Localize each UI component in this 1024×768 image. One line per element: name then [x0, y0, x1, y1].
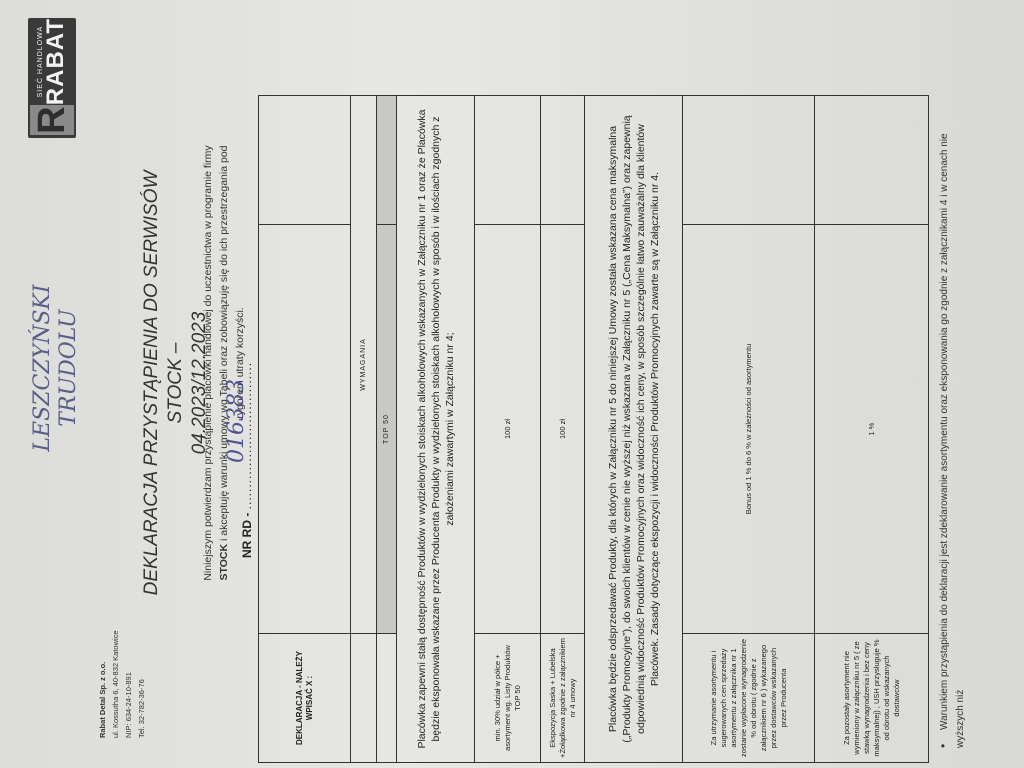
- nr-rd-value: 016383: [224, 379, 249, 463]
- nr-rd-label: NR RD -: [240, 509, 254, 558]
- rest-value: 1 %: [815, 225, 929, 634]
- bullet-icon: •: [935, 730, 951, 748]
- handwriting-line-1: LESZCZYŃSKI: [30, 248, 56, 488]
- bonus-check[interactable]: [683, 96, 815, 225]
- intro-text: Niniejszym potwierdzam przystąpienie pla…: [202, 145, 214, 580]
- title-line-1: DEKLARACJA PRZYSTĄPIENIA DO SERWISÓW STO…: [140, 148, 188, 618]
- company-name: Rabat Detal Sp. z o.o.: [96, 630, 109, 738]
- bonus-label: Za utrzymanie asortymentu i sugerowanych…: [683, 634, 815, 763]
- footer-text: Warunkiem przystąpienia do deklaracji je…: [939, 133, 966, 748]
- check-cell[interactable]: [377, 634, 397, 763]
- header-top50: TOP 50: [377, 225, 397, 634]
- shade-cell: [377, 96, 397, 225]
- company-phone: Tel. 32-782-36-76: [135, 630, 148, 738]
- rest-check[interactable]: [815, 96, 929, 225]
- rabat-logo: R SIEĆ HANDLOWA RABAT: [28, 18, 76, 138]
- header-requirements: WYMAGANIA: [351, 96, 377, 634]
- top50-value: 100 zł: [475, 225, 541, 634]
- check-cell[interactable]: [351, 634, 377, 763]
- bonus-value: Bonus od 1 % do 6 % w zależności od asor…: [683, 225, 815, 634]
- declaration-table: DEKLARACJA - NALEŻY WPISAĆ X : WYMAGANIA…: [258, 95, 929, 763]
- promo-paragraph: Placówka będzie odsprzedawać Produkty, d…: [585, 96, 683, 763]
- header-blank-2: [259, 96, 351, 225]
- document-page: R SIEĆ HANDLOWA RABAT Rabat Detal Sp. z …: [0, 0, 1024, 768]
- availability-paragraph: Placówka zapewni stałą dostępność Produk…: [397, 96, 475, 763]
- company-info: Rabat Detal Sp. z o.o. ul. Kossutha 6, 4…: [96, 630, 148, 738]
- company-address: ul. Kossutha 6, 40-832 Katowice: [109, 630, 122, 738]
- top50-check[interactable]: [475, 96, 541, 225]
- top50-label: min. 30% udział w półce + asortyment wg.…: [475, 634, 541, 763]
- header-declaration: DEKLARACJA - NALEŻY WPISAĆ X :: [259, 634, 351, 763]
- saska-check[interactable]: [541, 96, 585, 225]
- saska-value: 100 zł: [541, 225, 585, 634]
- handwriting-line-2: TRUDOLU: [56, 248, 82, 488]
- header-blank: [259, 225, 351, 634]
- nr-rd-field: NR RD - ................................…: [240, 362, 254, 558]
- handwritten-note: LESZCZYŃSKI TRUDOLU: [30, 248, 82, 488]
- rest-label: Za pozostały asortyment nie wymieniony w…: [815, 634, 929, 763]
- footer-condition: •Warunkiem przystąpienia do deklaracji j…: [935, 98, 969, 748]
- saska-label: Ekspozycja Saska + Lubelska +Żołądkowa z…: [541, 634, 585, 763]
- company-nip: NIP: 634-24-10-891: [122, 630, 135, 738]
- logo-brand: RABAT: [44, 18, 68, 105]
- intro-bold: STOCK: [218, 544, 230, 581]
- logo-mark: R: [30, 105, 74, 135]
